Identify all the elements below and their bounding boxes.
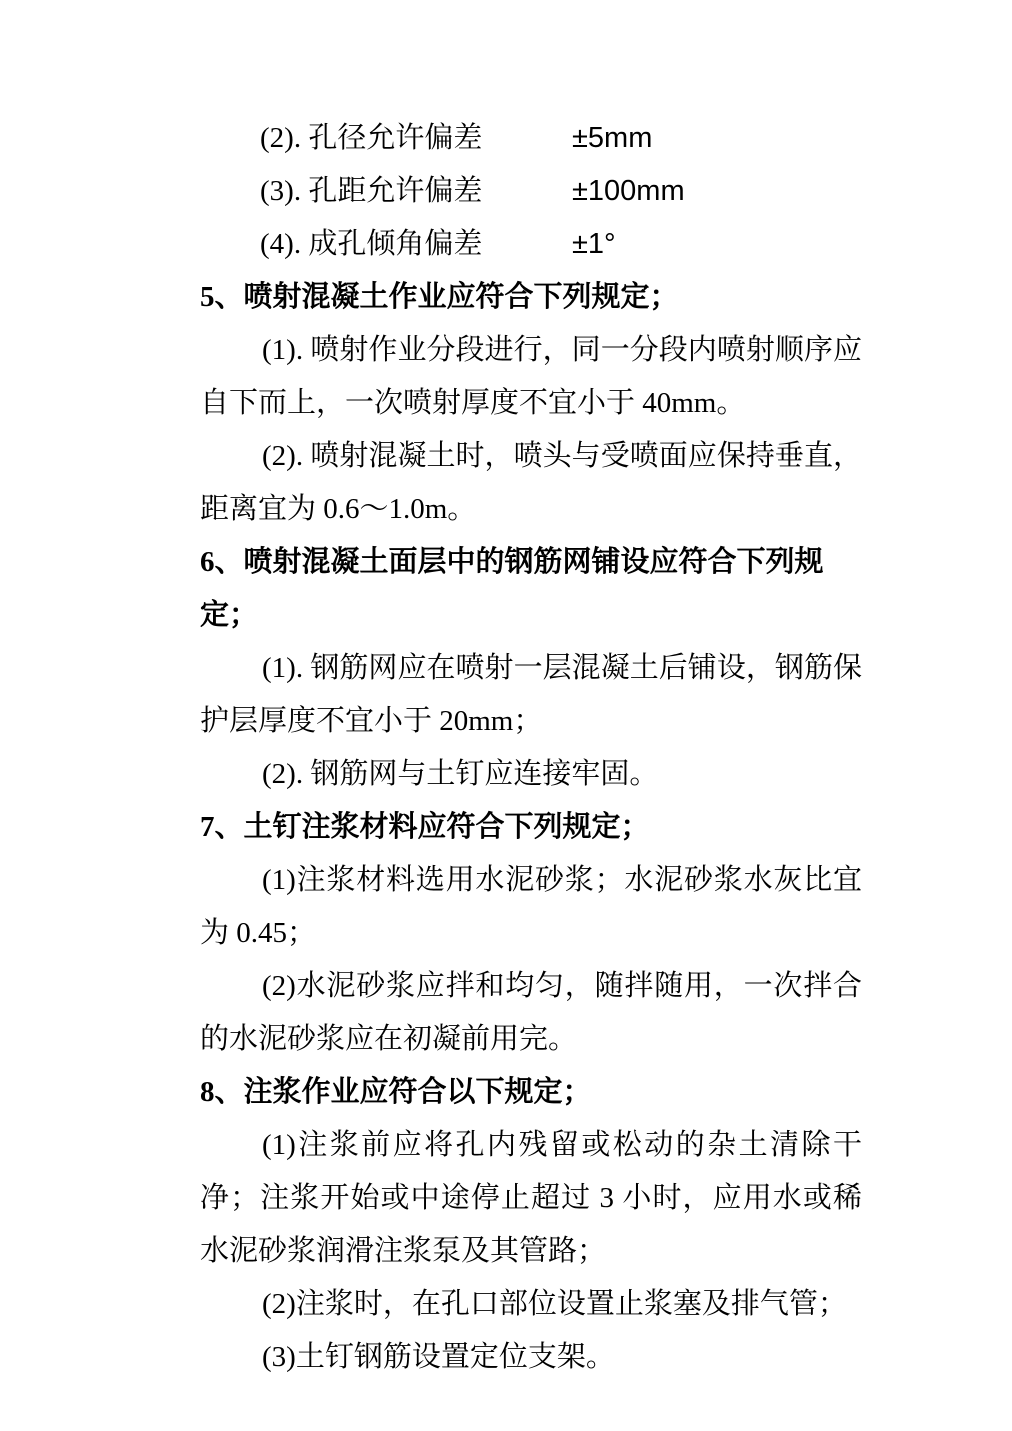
- section-7-grouting-material: 7、土钉注浆材料应符合下列规定； (1)注浆材料选用水泥砂浆；水泥砂浆水灰比宜为…: [200, 801, 862, 1066]
- section-5-paragraph-2: (2). 喷射混凝土时，喷头与受喷面应保持垂直，距离宜为 0.6～1.0m。: [200, 430, 862, 536]
- spec-value: ±100mm: [572, 165, 685, 218]
- section-6-paragraph-1: (1). 钢筋网应在喷射一层混凝土后铺设，钢筋保护层厚度不宜小于 20mm；: [200, 642, 862, 748]
- section-8-paragraph-2: (2)注浆时，在孔口部位设置止浆塞及排气管；: [200, 1278, 862, 1331]
- section-6-paragraph-2: (2). 钢筋网与土钉应连接牢固。: [200, 748, 862, 801]
- spec-row-hole-inclination: (4). 成孔倾角偏差 ±1°: [260, 218, 862, 271]
- spec-label: (4). 成孔倾角偏差: [260, 218, 572, 271]
- spec-label: (3). 孔距允许偏差: [260, 165, 572, 218]
- section-8-heading: 8、注浆作业应符合以下规定；: [200, 1066, 862, 1119]
- section-7-heading: 7、土钉注浆材料应符合下列规定；: [200, 801, 862, 854]
- section-7-paragraph-2: (2)水泥砂浆应拌和均匀，随拌随用，一次拌合的水泥砂浆应在初凝前用完。: [200, 960, 862, 1066]
- section-8-paragraph-3: (3)土钉钢筋设置定位支架。: [200, 1331, 862, 1384]
- section-5-paragraph-1: (1). 喷射作业分段进行，同一分段内喷射顺序应自下而上，一次喷射厚度不宜小于 …: [200, 324, 862, 430]
- deviation-spec-list: (2). 孔径允许偏差 ±5mm (3). 孔距允许偏差 ±100mm (4).…: [200, 112, 862, 271]
- spec-value: ±5mm: [572, 112, 652, 165]
- section-5-heading: 5、喷射混凝土作业应符合下列规定；: [200, 271, 862, 324]
- spec-row-hole-diameter: (2). 孔径允许偏差 ±5mm: [260, 112, 862, 165]
- spec-value: ±1°: [572, 218, 616, 271]
- document-page: (2). 孔径允许偏差 ±5mm (3). 孔距允许偏差 ±100mm (4).…: [0, 0, 1012, 1431]
- section-8-paragraph-1: (1)注浆前应将孔内残留或松动的杂土清除干净；注浆开始或中途停止超过 3 小时，…: [200, 1119, 862, 1278]
- section-8-grouting-operation: 8、注浆作业应符合以下规定； (1)注浆前应将孔内残留或松动的杂土清除干净；注浆…: [200, 1066, 862, 1384]
- section-5-shotcrete-operation: 5、喷射混凝土作业应符合下列规定； (1). 喷射作业分段进行，同一分段内喷射顺…: [200, 271, 862, 536]
- section-7-paragraph-1: (1)注浆材料选用水泥砂浆；水泥砂浆水灰比宜为 0.45；: [200, 854, 862, 960]
- section-6-rebar-mesh: 6、喷射混凝土面层中的钢筋网铺设应符合下列规定； (1). 钢筋网应在喷射一层混…: [200, 536, 862, 801]
- section-6-heading: 6、喷射混凝土面层中的钢筋网铺设应符合下列规定；: [200, 536, 862, 642]
- spec-row-hole-spacing: (3). 孔距允许偏差 ±100mm: [260, 165, 862, 218]
- spec-label: (2). 孔径允许偏差: [260, 112, 572, 165]
